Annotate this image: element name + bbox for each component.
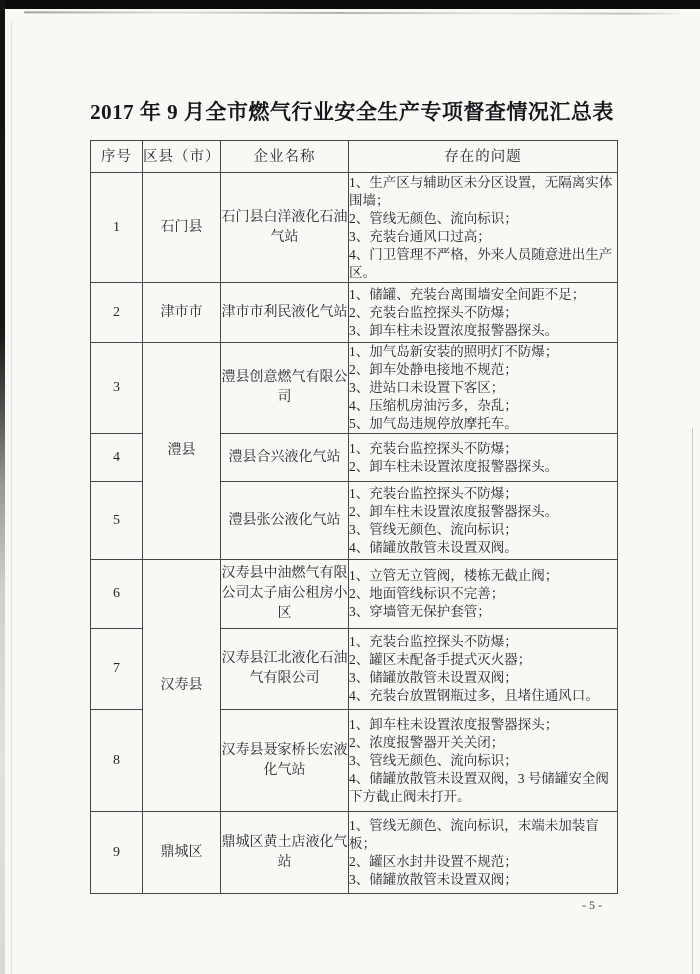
no-cell: 7 <box>91 629 143 710</box>
company-cell: 鼎城区黄土店液化气站 <box>221 812 349 894</box>
no-cell: 1 <box>91 173 143 283</box>
table-row: 9 鼎城区 鼎城区黄土店液化气站 1、管线无颜色、流向标识，末端未加装盲板； 2… <box>91 812 618 894</box>
table-row: 1 石门县 石门县白洋液化石油气站 1、生产区与辅助区未分区设置，无隔离实体围墙… <box>91 173 618 283</box>
no-cell: 5 <box>91 482 143 560</box>
problems-cell: 1、卸车柱未设置浓度报警器探头； 2、浓度报警器开关关闭； 3、管线无颜色、流向… <box>349 710 618 812</box>
page-fold-line-left <box>11 22 12 974</box>
table-header-row: 序号 区县（市） 企业名称 存在的问题 <box>91 141 618 173</box>
header-company: 企业名称 <box>221 141 349 173</box>
problems-cell: 1、充装台监控探头不防爆； 2、卸车柱未设置浓度报警器探头。 3、管线无颜色、流… <box>349 482 618 560</box>
company-cell: 汉寿县聂家桥长宏液化气站 <box>221 710 349 812</box>
no-cell: 3 <box>91 343 143 434</box>
problems-cell: 1、加气岛新安装的照明灯不防爆； 2、卸车处静电接地不规范； 3、进站口未设置下… <box>349 343 618 434</box>
company-cell: 澧县合兴液化气站 <box>221 434 349 482</box>
district-cell: 澧县 <box>143 343 221 560</box>
problems-cell: 1、储罐、充装台离围墙安全间距不足； 2、充装台监控探头不防爆； 3、卸车柱未设… <box>349 283 618 343</box>
header-no: 序号 <box>91 141 143 173</box>
company-cell: 澧县张公液化气站 <box>221 482 349 560</box>
no-cell: 2 <box>91 283 143 343</box>
scanned-page: 2017 年 9 月全市燃气行业安全生产专项督查情况汇总表 序号 区县（市） 企… <box>0 0 700 974</box>
scan-edge-left <box>0 0 5 974</box>
page-title: 2017 年 9 月全市燃气行业安全生产专项督查情况汇总表 <box>86 96 618 126</box>
problems-cell: 1、生产区与辅助区未分区设置，无隔离实体围墙； 2、管线无颜色、流向标识； 3、… <box>349 173 618 283</box>
scan-edge-top <box>0 0 700 9</box>
header-district: 区县（市） <box>143 141 221 173</box>
no-cell: 9 <box>91 812 143 894</box>
district-cell: 汉寿县 <box>143 560 221 812</box>
district-cell: 鼎城区 <box>143 812 221 894</box>
no-cell: 4 <box>91 434 143 482</box>
company-cell: 津市市利民液化气站 <box>221 283 349 343</box>
company-cell: 澧县创意燃气有限公司 <box>221 343 349 434</box>
no-cell: 6 <box>91 560 143 629</box>
problems-cell: 1、管线无颜色、流向标识，末端未加装盲板； 2、罐区水封井设置不规范； 3、储罐… <box>349 812 618 894</box>
district-cell: 石门县 <box>143 173 221 283</box>
header-problems: 存在的问题 <box>349 141 618 173</box>
district-cell: 津市市 <box>143 283 221 343</box>
inspection-summary-table: 序号 区县（市） 企业名称 存在的问题 1 石门县 石门县白洋液化石油气站 1、… <box>90 140 618 894</box>
problems-cell: 1、立管无立管阀，楼栋无截止阀； 2、地面管线标识不完善； 3、穿墙管无保护套管… <box>349 560 618 629</box>
page-edge-line-right <box>692 428 693 974</box>
page-number: -5- <box>582 898 605 913</box>
table-row: 3 澧县 澧县创意燃气有限公司 1、加气岛新安装的照明灯不防爆； 2、卸车处静电… <box>91 343 618 434</box>
company-cell: 汉寿县江北液化石油气有限公司 <box>221 629 349 710</box>
company-cell: 汉寿县中油燃气有限公司太子庙公租房小区 <box>221 560 349 629</box>
page-edge-shadow-top <box>24 11 680 14</box>
table-row: 2 津市市 津市市利民液化气站 1、储罐、充装台离围墙安全间距不足； 2、充装台… <box>91 283 618 343</box>
problems-cell: 1、充装台监控探头不防爆； 2、罐区未配备手提式灭火器； 3、储罐放散管未设置双… <box>349 629 618 710</box>
company-cell: 石门县白洋液化石油气站 <box>221 173 349 283</box>
no-cell: 8 <box>91 710 143 812</box>
table-row: 6 汉寿县 汉寿县中油燃气有限公司太子庙公租房小区 1、立管无立管阀，楼栋无截止… <box>91 560 618 629</box>
problems-cell: 1、充装台监控探头不防爆； 2、卸车柱未设置浓度报警器探头。 <box>349 434 618 482</box>
